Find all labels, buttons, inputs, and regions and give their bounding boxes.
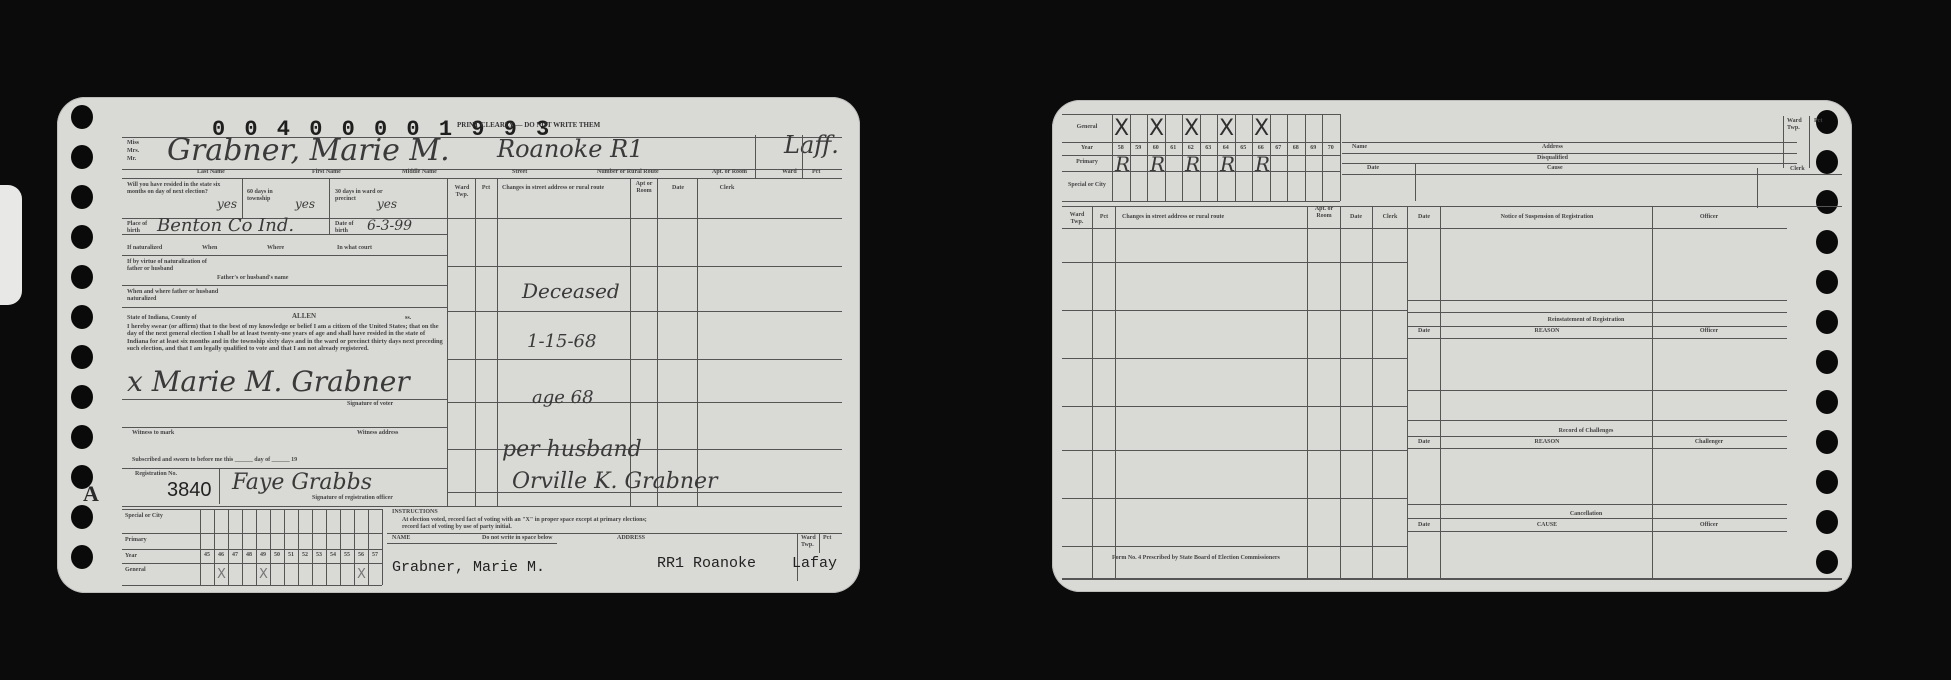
witness-label: Witness to mark	[132, 430, 174, 437]
rule-line	[122, 285, 447, 286]
back-header-address: Changes in street address or rural route	[1122, 214, 1224, 221]
note-age: age 68	[532, 387, 594, 408]
back-grid-row-label: Special or City	[1064, 182, 1110, 189]
front-grid-year: 54	[326, 552, 340, 559]
rule-line	[1062, 142, 1340, 143]
front-grid-row-label: Year	[125, 553, 195, 560]
rule-line	[1757, 168, 1758, 208]
back-grid-year: 67	[1270, 145, 1288, 152]
address-handwritten: Roanoke R1	[497, 135, 643, 163]
vote-mark-x: X	[1219, 116, 1234, 141]
punch-hole-icon	[71, 385, 93, 409]
cancellation-title: Cancellation	[1408, 511, 1764, 518]
instructions-no-write: Do not write in space below	[482, 535, 553, 542]
rule-line	[1147, 114, 1148, 201]
rule-line	[1062, 578, 1842, 580]
rule-line	[242, 509, 243, 585]
rule-line	[326, 509, 327, 585]
rule-line	[1407, 518, 1787, 519]
caption-rural-route: Number or Rural Route	[597, 169, 659, 176]
rule-line	[447, 359, 842, 360]
suspension-header-officer: Officer	[1654, 214, 1764, 221]
instructions-pct-header: Pct	[823, 535, 831, 542]
back-grid-year: 66	[1252, 145, 1270, 152]
front-grid-year: 52	[298, 552, 312, 559]
officer-caption: Signature of registration officer	[312, 495, 393, 502]
rule-line	[1652, 206, 1653, 578]
changes-header-address: Changes in street address or rural route	[502, 185, 604, 192]
vote-mark-x: X	[259, 567, 268, 582]
rule-line	[122, 178, 842, 179]
caption-street: Street	[512, 169, 527, 176]
front-grid-year: 57	[368, 552, 382, 559]
challenges-header-date: Date	[1408, 439, 1440, 446]
primary-mark-r: R	[1115, 152, 1130, 176]
cancellation-header-officer: Officer	[1654, 522, 1764, 529]
rule-line	[1407, 531, 1787, 532]
rule-line	[214, 509, 215, 585]
rule-line	[1062, 155, 1340, 156]
disq-date-label: Date	[1367, 165, 1379, 172]
rule-line	[1305, 114, 1306, 201]
rule-line	[1062, 406, 1407, 407]
witness-address-label: Witness address	[357, 430, 398, 437]
rule-line	[368, 509, 369, 585]
rule-line	[1342, 153, 1797, 154]
caption-apt: Apt. or Room	[712, 169, 747, 176]
rule-line	[1112, 114, 1113, 201]
primary-mark-r: R	[1255, 152, 1270, 176]
back-grid-year: 70	[1322, 145, 1340, 152]
disq-clerk-label: Clerk	[1790, 166, 1805, 173]
rule-line	[1182, 114, 1183, 201]
rule-line	[122, 234, 447, 235]
father-name-label: Father's or husband's name	[217, 275, 288, 282]
rule-line	[1062, 114, 1340, 115]
punch-hole-icon	[1816, 150, 1838, 174]
rule-line	[200, 509, 201, 585]
rule-line	[1407, 338, 1787, 339]
punch-hole-icon	[71, 545, 93, 569]
punch-hole-icon	[71, 505, 93, 529]
rule-line	[1340, 114, 1341, 201]
signature-caption: Signature of voter	[347, 401, 393, 408]
naturalized-by-virtue-label: If by virtue of naturalization of father…	[127, 259, 207, 273]
rule-line	[497, 178, 498, 506]
reinstatement-header-officer: Officer	[1654, 328, 1764, 335]
front-grid-year: 56	[354, 552, 368, 559]
rule-line	[1407, 390, 1787, 391]
instructions-ward-header: Ward Twp.	[801, 535, 817, 549]
title-prefix-mrs: Mrs.	[127, 148, 139, 155]
caption-ward: Ward	[782, 169, 797, 176]
primary-mark-r: R	[1220, 152, 1235, 176]
rule-line	[447, 311, 842, 312]
rule-line	[1062, 358, 1407, 359]
punch-hole-icon	[1816, 550, 1838, 574]
back-header-pct: Pct	[1094, 214, 1114, 221]
title-prefix-miss: Miss	[127, 140, 139, 147]
rule-line	[1407, 420, 1787, 421]
registration-label: Registration No.	[135, 471, 177, 478]
punch-hole-icon	[71, 425, 93, 449]
caption-pct: Pct	[812, 169, 820, 176]
vote-mark-x: X	[217, 567, 226, 582]
cancellation-header-cause: CAUSE	[1442, 522, 1652, 529]
back-grid-year: 63	[1200, 145, 1218, 152]
back-header-clerk: Clerk	[1373, 214, 1407, 221]
front-grid-row-label: Special or City	[125, 513, 195, 520]
oath-ss: ss.	[405, 315, 411, 322]
rule-line	[447, 266, 842, 267]
birth-date-value: 6-3-99	[367, 218, 412, 234]
instructions-name-header: NAME	[392, 535, 410, 542]
rule-line	[1415, 163, 1416, 201]
punch-hole-icon	[71, 265, 93, 289]
punch-hole-icon	[1816, 350, 1838, 374]
rule-line	[354, 509, 355, 585]
instructions-title: INSTRUCTIONS	[392, 509, 438, 516]
rule-line	[1062, 262, 1407, 263]
challenges-header-challenger: Challenger	[1654, 439, 1764, 446]
punch-hole-icon	[1816, 470, 1838, 494]
oath-county: ALLEN	[292, 313, 316, 320]
file-letter: A	[83, 481, 99, 507]
reinstatement-header-reason: REASON	[1442, 328, 1652, 335]
rule-line	[1440, 206, 1441, 578]
vote-mark-x: X	[1254, 116, 1269, 141]
suspension-header-date: Date	[1408, 214, 1440, 221]
back-grid-year: 60	[1147, 145, 1165, 152]
rule-line	[122, 468, 447, 469]
rule-line	[256, 509, 257, 585]
front-grid-year: 49	[256, 552, 270, 559]
rule-line	[1062, 310, 1407, 311]
rule-line	[122, 506, 842, 507]
suspension-header-notice: Notice of Suspension of Registration	[1442, 214, 1652, 221]
rule-line	[122, 585, 382, 586]
rule-line	[1062, 171, 1340, 172]
rule-line	[382, 509, 383, 585]
punch-hole-icon	[1816, 390, 1838, 414]
back-grid-year: 62	[1182, 145, 1200, 152]
instructions-line-1: At election voted, record fact of voting…	[402, 517, 647, 524]
changes-header-apt: Apt or Room	[632, 181, 656, 195]
disq-ward-label: Ward Twp.	[1787, 118, 1805, 132]
back-grid-row-label: Year	[1064, 145, 1110, 152]
punch-hole-icon	[71, 105, 93, 129]
officer-signature: Faye Grabbs	[232, 470, 372, 495]
top-notice: PRINT CLEARLY — DO NOT WRITE THEM	[457, 121, 600, 129]
punch-hole-icon	[71, 345, 93, 369]
back-grid-year: 68	[1287, 145, 1305, 152]
rule-line	[122, 549, 382, 550]
naturalized-if-label: If naturalized	[127, 245, 162, 252]
form-footer: Form No. 4 Prescribed by State Board of …	[1112, 555, 1280, 562]
front-grid-year: 51	[284, 552, 298, 559]
back-card: GeneralYearPrimarySpecial or City5859606…	[1052, 100, 1852, 592]
back-grid-year: 58	[1112, 145, 1130, 152]
rule-line	[298, 509, 299, 585]
back-grid-year: 61	[1165, 145, 1183, 152]
disq-pct-label: Pct	[1814, 118, 1822, 125]
rule-line	[447, 402, 842, 403]
punch-hole-icon	[1816, 190, 1838, 214]
front-grid-row-label: Primary	[125, 537, 195, 544]
rule-line	[1062, 228, 1407, 229]
rule-line	[122, 399, 447, 400]
name-handwritten: Grabner, Marie M.	[167, 133, 450, 168]
instructions-line-2: record fact of voting by use of party in…	[402, 524, 512, 531]
rule-line	[657, 178, 658, 506]
cancellation-header-date: Date	[1408, 522, 1440, 529]
back-grid-year: 65	[1235, 145, 1253, 152]
changes-header-date: Date	[659, 185, 697, 192]
rule-line	[122, 307, 447, 308]
rule-line	[1062, 206, 1842, 207]
back-grid-row-label: Primary	[1064, 159, 1110, 166]
front-grid-row-label: General	[125, 567, 195, 574]
rule-line	[122, 427, 447, 428]
typed-address: RR1 Roanoke	[657, 555, 756, 572]
disq-title: Disqualified	[1537, 155, 1568, 162]
punch-hole-icon	[1816, 230, 1838, 254]
primary-mark-r: R	[1185, 152, 1200, 176]
rule-line	[387, 533, 842, 534]
punch-hole-icon	[71, 305, 93, 329]
rule-line	[122, 509, 382, 510]
changes-header-ward: Ward Twp.	[449, 185, 475, 199]
front-grid-year: 53	[312, 552, 326, 559]
disq-cause-label: Cause	[1547, 165, 1563, 172]
caption-middle-name: Middle Name	[402, 169, 437, 176]
rule-line	[1217, 114, 1218, 201]
rule-line	[122, 255, 447, 256]
back-header-ward: Ward Twp.	[1066, 212, 1088, 226]
rule-line	[755, 135, 756, 178]
residency-township-answer: yes	[295, 197, 315, 211]
rule-line	[340, 509, 341, 585]
caption-first-name: First Name	[312, 169, 341, 176]
rule-line	[1062, 201, 1340, 202]
residency-ward-answer: yes	[377, 197, 397, 211]
oath-text: I hereby swear (or affirm) that to the b…	[127, 323, 445, 353]
vote-mark-x: X	[357, 567, 366, 582]
rule-line	[1783, 116, 1784, 168]
birth-date-label: Date of birth	[335, 221, 365, 235]
rule-line	[1407, 326, 1787, 327]
back-header-date: Date	[1341, 214, 1371, 221]
father-naturalized-label: When and where father or husband natural…	[127, 289, 227, 303]
typed-name: Grabner, Marie M.	[392, 559, 545, 576]
rule-line	[122, 533, 382, 534]
subscribed-text: Subscribed and sworn to before me this _…	[132, 457, 297, 464]
changes-header-pct: Pct	[476, 185, 496, 192]
voter-signature: x Marie M. Grabner	[127, 365, 410, 398]
rule-line	[242, 178, 243, 218]
punch-hole-icon	[71, 185, 93, 209]
naturalized-court-label: In what court	[337, 245, 372, 252]
punch-hole-icon	[71, 145, 93, 169]
front-grid-year: 48	[242, 552, 256, 559]
rule-line	[329, 178, 330, 234]
rule-line	[1407, 448, 1787, 449]
rule-line	[447, 218, 842, 219]
front-grid-year: 46	[214, 552, 228, 559]
ward-handwritten: Laff.	[784, 131, 839, 159]
punch-hole-icon	[1816, 430, 1838, 454]
front-grid-year: 45	[200, 552, 214, 559]
registration-number: 3840	[167, 479, 212, 502]
rule-line	[1407, 228, 1787, 229]
rule-line	[1062, 450, 1407, 451]
note-husband-name: Orville K. Grabner	[512, 469, 718, 494]
rule-line	[447, 178, 448, 506]
rule-line	[1062, 498, 1407, 499]
rule-line	[1407, 504, 1787, 505]
rule-line	[697, 178, 698, 506]
rule-line	[1407, 436, 1787, 437]
instructions-address-header: ADDRESS	[617, 535, 645, 542]
punch-hole-icon	[1816, 310, 1838, 334]
note-deceased: Deceased	[522, 279, 620, 303]
caption-last-name: Last Name	[197, 169, 225, 176]
back-grid-year: 59	[1130, 145, 1148, 152]
note-per-husband: per husband	[502, 437, 642, 462]
rule-line	[802, 135, 803, 178]
rule-line	[228, 509, 229, 585]
front-grid-year: 55	[340, 552, 354, 559]
challenges-header-reason: REASON	[1442, 439, 1652, 446]
front-card: 0 0 4 0 0 0 0 1 9 9 3 PRINT CLEARLY — DO…	[57, 97, 860, 593]
primary-mark-r: R	[1150, 152, 1165, 176]
rule-line	[219, 468, 220, 504]
note-date: 1-15-68	[527, 331, 596, 352]
residency-township-question: 60 days in township	[247, 189, 297, 203]
rule-line	[1342, 163, 1797, 164]
rule-line	[1322, 114, 1323, 201]
typed-ward: Lafay	[792, 555, 837, 572]
title-prefix-mr: Mr.	[127, 156, 136, 163]
rule-line	[1407, 312, 1787, 313]
changes-header-clerk: Clerk	[699, 185, 755, 192]
rule-line	[312, 509, 313, 585]
punch-hole-icon	[1816, 510, 1838, 534]
back-grid-year: 69	[1305, 145, 1323, 152]
rule-line	[122, 563, 382, 564]
rule-line	[284, 509, 285, 585]
rule-line	[1809, 116, 1810, 168]
residency-state-question: Will you have resided in the state six m…	[127, 182, 237, 196]
rule-line	[819, 533, 820, 553]
adjacent-card-edge	[0, 185, 22, 305]
reinstatement-header-date: Date	[1408, 328, 1440, 335]
vote-mark-x: X	[1149, 116, 1164, 141]
rule-line	[270, 509, 271, 585]
punch-hole-icon	[1816, 270, 1838, 294]
birth-place-value: Benton Co Ind.	[157, 215, 294, 236]
naturalized-where-label: Where	[267, 245, 284, 252]
naturalized-when-label: When	[202, 245, 217, 252]
disq-name-label: Name	[1352, 144, 1367, 151]
front-grid-year: 50	[270, 552, 284, 559]
rule-line	[475, 178, 476, 506]
rule-line	[1287, 114, 1288, 201]
rule-line	[387, 543, 557, 544]
residency-state-answer: yes	[217, 197, 237, 211]
back-grid-row-label: General	[1064, 124, 1110, 131]
rule-line	[1342, 174, 1842, 175]
oath-state-county: State of Indiana, County of	[127, 315, 197, 322]
rule-line	[1342, 142, 1797, 143]
challenges-title: Record of Challenges	[1408, 428, 1764, 435]
birth-place-label: Place of birth	[127, 221, 157, 235]
punch-hole-icon	[71, 225, 93, 249]
vote-mark-x: X	[1184, 116, 1199, 141]
rule-line	[1407, 300, 1787, 301]
front-grid-year: 47	[228, 552, 242, 559]
rule-line	[1252, 114, 1253, 201]
reinstatement-title: Reinstatement of Registration	[1408, 317, 1764, 324]
disq-address-label: Address	[1542, 144, 1563, 151]
back-header-apt: Apt. or Room	[1310, 206, 1338, 220]
vote-mark-x: X	[1114, 116, 1129, 141]
back-grid-year: 64	[1217, 145, 1235, 152]
rule-line	[1062, 546, 1407, 547]
